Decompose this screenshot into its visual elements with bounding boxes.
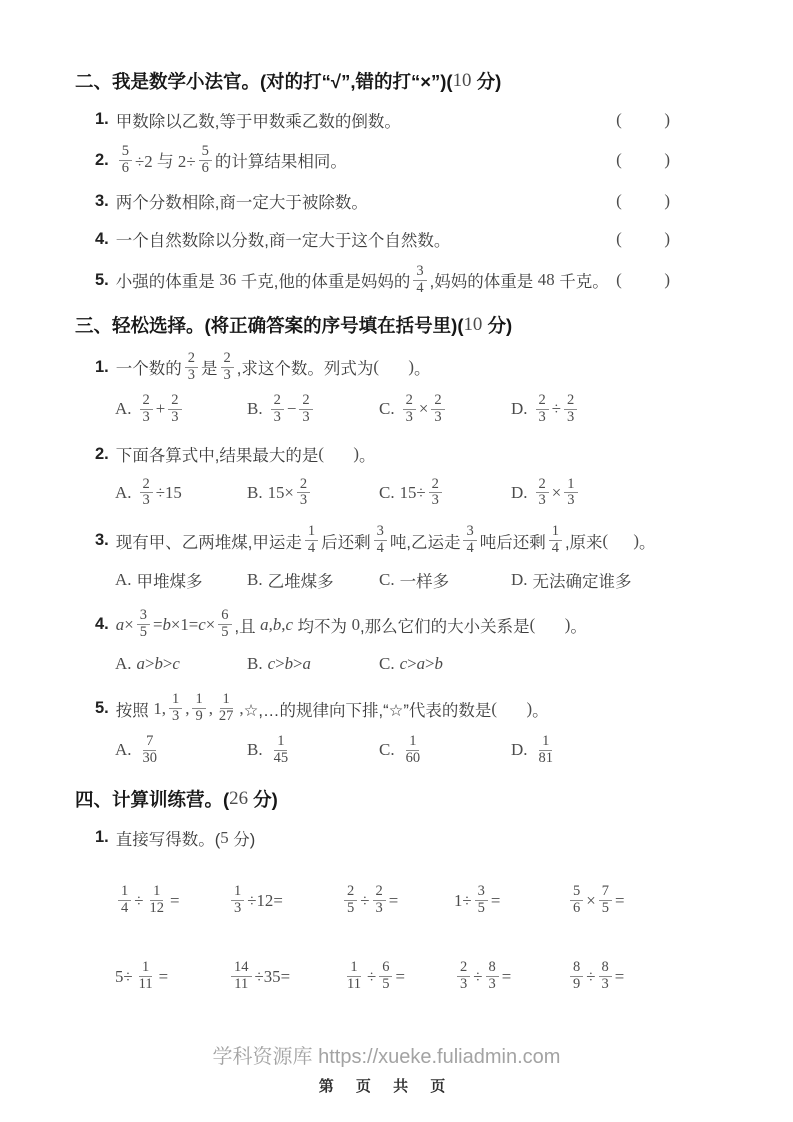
text: 一样多 bbox=[400, 568, 450, 592]
section-true-false: 二、我是数学小法官。(对的打“√”,错的打“×”)(10 分)1.甲数除以乙数,… bbox=[75, 64, 698, 308]
fraction-denominator: 81 bbox=[536, 751, 557, 767]
fraction-denominator: 3 bbox=[564, 410, 577, 426]
option: A.730 bbox=[115, 734, 247, 767]
variable: a bbox=[260, 615, 268, 635]
true-false-question: 4.一个自然数除以分数,商一定大于这个自然数。( ) bbox=[95, 226, 698, 253]
text: 。 bbox=[359, 442, 376, 466]
fraction: 56 bbox=[570, 884, 583, 917]
text: 三、轻松选择。(将正确答案的序号填在括号里)( bbox=[75, 312, 463, 338]
option-label: A. bbox=[115, 740, 132, 760]
math-text: = bbox=[395, 967, 405, 987]
math-text: × bbox=[124, 615, 134, 635]
text: 分) bbox=[229, 826, 256, 850]
variable: c bbox=[198, 615, 205, 635]
option-label: B. bbox=[247, 483, 263, 503]
fraction-numerator: 2 bbox=[299, 393, 312, 410]
fraction: 35 bbox=[137, 608, 150, 641]
calculation-row: 14÷112=13÷12=25÷23=1÷35=56×75= bbox=[75, 876, 698, 926]
fraction: 25 bbox=[344, 884, 357, 917]
fraction-denominator: 3 bbox=[168, 410, 181, 426]
question-body: 5.小强的体重是 36 千克,他的体重是妈妈的34,妈妈的体重是 48 千克。 bbox=[95, 264, 616, 297]
fraction: 181 bbox=[536, 734, 557, 767]
multiple-choice-question: 5.按照 1,13,19,127,☆,…的规律向下排,“☆”代表的数是( )。A… bbox=[75, 692, 698, 767]
text: 二、我是数学小法官。(对的打“√”,错的打“×”)( bbox=[75, 68, 453, 94]
math-text: 26 bbox=[229, 788, 248, 810]
fraction-denominator: 11 bbox=[231, 977, 251, 993]
option: A.23+23 bbox=[115, 393, 247, 426]
calculation-expression: 1÷35= bbox=[454, 884, 567, 917]
math-text: > bbox=[293, 654, 303, 674]
fraction: 23 bbox=[299, 393, 312, 426]
fraction-denominator: 3 bbox=[536, 410, 549, 426]
fraction-numerator: 7 bbox=[143, 734, 156, 751]
math-text: ÷12= bbox=[247, 891, 283, 911]
math-text: ÷ bbox=[552, 399, 561, 419]
text: 一个数的 bbox=[116, 355, 182, 379]
variable: a bbox=[116, 615, 124, 635]
math-text: ÷35= bbox=[255, 967, 291, 987]
question-number: 1. bbox=[95, 110, 109, 129]
math-text: ÷ bbox=[134, 891, 143, 911]
option-label: C. bbox=[379, 570, 395, 590]
math-text: 1, bbox=[153, 699, 166, 719]
page-footer: 学科资源库 https://xueke.fuliadmin.com 第 页 共 … bbox=[75, 1040, 698, 1096]
fraction: 23 bbox=[140, 393, 153, 426]
math-text: > bbox=[145, 654, 155, 674]
fraction-denominator: 11 bbox=[136, 977, 156, 993]
text: 均不为 bbox=[293, 613, 352, 637]
fraction: 83 bbox=[486, 960, 499, 993]
fraction: 23 bbox=[536, 477, 549, 510]
option-label: B. bbox=[247, 570, 263, 590]
options-row: A.甲堆煤多B.乙堆煤多C.一样多D.无法确定谁多 bbox=[75, 566, 698, 593]
question-number: 2. bbox=[95, 445, 109, 464]
math-text: 36 bbox=[219, 270, 236, 290]
option-label: D. bbox=[511, 570, 528, 590]
fraction-denominator: 3 bbox=[429, 493, 442, 509]
fraction-denominator: 4 bbox=[305, 541, 318, 557]
fraction-numerator: 3 bbox=[463, 524, 476, 541]
fraction-numerator: 3 bbox=[413, 264, 426, 281]
option-label: A. bbox=[115, 483, 132, 503]
math-text: 48 bbox=[538, 270, 555, 290]
fraction-denominator: 3 bbox=[403, 410, 416, 426]
fraction-numerator: 1 bbox=[150, 884, 163, 901]
question-line: 3.现有甲、乙两堆煤,甲运走14后还剩34吨,乙运走34吨后还剩14,原来( )… bbox=[95, 524, 698, 557]
fraction-denominator: 3 bbox=[299, 410, 312, 426]
text: 的计算结果相同。 bbox=[215, 148, 347, 172]
fraction-denominator: 3 bbox=[140, 410, 153, 426]
question-number: 4. bbox=[95, 615, 109, 634]
calculation-expression: 56×75= bbox=[567, 884, 625, 917]
fraction: 34 bbox=[413, 264, 426, 297]
fraction-numerator: 3 bbox=[475, 884, 488, 901]
math-text: 15× bbox=[268, 483, 294, 503]
option-label: C. bbox=[379, 740, 395, 760]
fraction-numerator: 8 bbox=[570, 960, 583, 977]
fraction: 1411 bbox=[231, 960, 252, 993]
fraction: 730 bbox=[140, 734, 161, 767]
question-body: 3.两个分数相除,商一定大于被除数。 bbox=[95, 189, 616, 213]
question-number: 2. bbox=[95, 151, 109, 170]
fraction: 14 bbox=[549, 524, 562, 557]
fraction-numerator: 5 bbox=[570, 884, 583, 901]
option: D.无法确定谁多 bbox=[511, 568, 632, 592]
fraction-numerator: 2 bbox=[168, 393, 181, 410]
text: 千克。 bbox=[555, 268, 609, 292]
fraction-numerator: 2 bbox=[403, 393, 416, 410]
option: A.a>b>c bbox=[115, 654, 247, 674]
option: B.乙堆煤多 bbox=[247, 568, 379, 592]
fraction: 23 bbox=[168, 393, 181, 426]
math-text: 1÷ bbox=[454, 891, 472, 911]
fraction-denominator: 3 bbox=[599, 977, 612, 993]
option-label: D. bbox=[511, 740, 528, 760]
fraction-numerator: 1 bbox=[220, 692, 233, 709]
question-number: 3. bbox=[95, 192, 109, 211]
fraction-denominator: 45 bbox=[271, 751, 292, 767]
fraction: 34 bbox=[463, 524, 476, 557]
fraction-denominator: 3 bbox=[564, 493, 577, 509]
text: 后还剩 bbox=[321, 529, 371, 553]
fraction-denominator: 4 bbox=[463, 541, 476, 557]
text: 甲堆煤多 bbox=[137, 568, 203, 592]
option-label: A. bbox=[115, 399, 132, 419]
fraction-denominator: 3 bbox=[231, 901, 244, 917]
math-text: 5 bbox=[220, 828, 228, 848]
fraction-numerator: 1 bbox=[549, 524, 562, 541]
option: C.15÷23 bbox=[379, 477, 511, 510]
text: 无法确定谁多 bbox=[533, 568, 632, 592]
math-text: = bbox=[153, 615, 163, 635]
answer-bracket: ( ) bbox=[616, 229, 670, 249]
fraction: 160 bbox=[403, 734, 424, 767]
fraction-numerator: 2 bbox=[344, 884, 357, 901]
fraction: 127 bbox=[216, 692, 237, 725]
question-number: 4. bbox=[95, 230, 109, 249]
calculation-expression: 14÷112= bbox=[115, 884, 228, 917]
options-row: A.a>b>cB.c>b>aC.c>a>b bbox=[75, 650, 698, 677]
fraction: 14 bbox=[305, 524, 318, 557]
math-text: = bbox=[159, 967, 169, 987]
subsection-line: 1.直接写得数。(5 分) bbox=[95, 826, 698, 850]
fraction-numerator: 2 bbox=[536, 393, 549, 410]
fraction: 23 bbox=[271, 393, 284, 426]
math-text: 10 bbox=[463, 314, 482, 336]
fraction-denominator: 3 bbox=[169, 709, 182, 725]
fraction: 23 bbox=[564, 393, 577, 426]
fraction-numerator: 1 bbox=[406, 734, 419, 751]
text: 分) bbox=[471, 68, 501, 94]
fraction-numerator: 8 bbox=[599, 960, 612, 977]
fraction-numerator: 14 bbox=[231, 960, 252, 977]
option: D.23×13 bbox=[511, 477, 581, 510]
fraction: 35 bbox=[475, 884, 488, 917]
section-multiple-choice: 三、轻松选择。(将正确答案的序号填在括号里)(10 分)1.一个数的23是23,… bbox=[75, 308, 698, 782]
fraction-numerator: 1 bbox=[231, 884, 244, 901]
fraction-denominator: 5 bbox=[475, 901, 488, 917]
option: D.23÷23 bbox=[511, 393, 580, 426]
math-text: ( ) bbox=[373, 357, 414, 377]
fraction-numerator: 5 bbox=[119, 144, 132, 161]
fraction: 23 bbox=[373, 884, 386, 917]
fraction-denominator: 6 bbox=[570, 901, 583, 917]
math-text: 15÷ bbox=[400, 483, 426, 503]
fraction: 23 bbox=[457, 960, 470, 993]
math-text: + bbox=[156, 399, 166, 419]
question-body: 4.一个自然数除以分数,商一定大于这个自然数。 bbox=[95, 227, 616, 251]
fraction: 14 bbox=[118, 884, 131, 917]
math-text: = bbox=[615, 967, 625, 987]
fraction-denominator: 5 bbox=[379, 977, 392, 993]
variable: a bbox=[303, 654, 311, 674]
option-label: A. bbox=[115, 654, 132, 674]
option: B.23−23 bbox=[247, 393, 379, 426]
fraction: 83 bbox=[599, 960, 612, 993]
calculation-expression: 89÷83= bbox=[567, 960, 624, 993]
fraction-denominator: 3 bbox=[271, 410, 284, 426]
subsection-number: 1. bbox=[95, 828, 109, 847]
fraction-numerator: 1 bbox=[118, 884, 131, 901]
question-line: 1.一个数的23是23,求这个数。列式为( )。 bbox=[95, 351, 698, 384]
fraction-denominator: 9 bbox=[570, 977, 583, 993]
math-text: 5÷ bbox=[115, 967, 133, 987]
fraction: 23 bbox=[536, 393, 549, 426]
fraction-denominator: 3 bbox=[297, 493, 310, 509]
fraction: 65 bbox=[218, 608, 231, 641]
fraction-numerator: 7 bbox=[599, 884, 612, 901]
question-line: 5.按照 1,13,19,127,☆,…的规律向下排,“☆”代表的数是( )。 bbox=[95, 692, 698, 725]
fraction-denominator: 3 bbox=[536, 493, 549, 509]
question-number: 1. bbox=[95, 358, 109, 377]
math-text: ÷ bbox=[473, 967, 482, 987]
fraction-denominator: 4 bbox=[374, 541, 387, 557]
option: B.15×23 bbox=[247, 477, 379, 510]
math-text: ( ) bbox=[318, 444, 359, 464]
calculation-expression: 23÷83= bbox=[454, 960, 567, 993]
calculation-expression: 111÷65= bbox=[341, 960, 454, 993]
fraction-numerator: 2 bbox=[140, 477, 153, 494]
fraction: 23 bbox=[431, 393, 444, 426]
math-text: 0 bbox=[352, 615, 360, 635]
fraction-denominator: 3 bbox=[221, 368, 234, 384]
math-text: = bbox=[502, 967, 512, 987]
question-line: 4.a×35=b×1=c×65,且 a,b,c 均不为 0,那么它们的大小关系是… bbox=[95, 608, 698, 641]
math-text: , bbox=[185, 699, 189, 719]
fraction: 112 bbox=[147, 884, 168, 917]
fraction-denominator: 4 bbox=[549, 541, 562, 557]
option: A.23÷15 bbox=[115, 477, 247, 510]
calculation-expression: 5÷111= bbox=[115, 960, 228, 993]
section-title: 二、我是数学小法官。(对的打“√”,错的打“×”)(10 分) bbox=[75, 68, 698, 94]
text: 下面各算式中,结果最大的是 bbox=[116, 442, 319, 466]
true-false-question: 5.小强的体重是 36 千克,他的体重是妈妈的34,妈妈的体重是 48 千克。(… bbox=[95, 264, 698, 297]
text: 。 bbox=[414, 355, 431, 379]
text: 现有甲、乙两堆煤,甲运走 bbox=[116, 529, 302, 553]
true-false-question: 2.56÷2 与 2÷56的计算结果相同。( ) bbox=[95, 144, 698, 177]
calculation-expression: 13÷12= bbox=[228, 884, 341, 917]
multiple-choice-question: 4.a×35=b×1=c×65,且 a,b,c 均不为 0,那么它们的大小关系是… bbox=[75, 608, 698, 677]
fraction-numerator: 1 bbox=[564, 477, 577, 494]
fraction-numerator: 2 bbox=[431, 393, 444, 410]
answer-bracket: ( ) bbox=[616, 191, 670, 211]
fraction-denominator: 12 bbox=[147, 901, 168, 917]
question-body: 2.56÷2 与 2÷56的计算结果相同。 bbox=[95, 144, 616, 177]
variable: a bbox=[137, 654, 145, 674]
variable: c bbox=[285, 615, 292, 635]
fraction-denominator: 4 bbox=[413, 281, 426, 297]
option: C.一样多 bbox=[379, 568, 511, 592]
text: 分) bbox=[248, 786, 278, 812]
text: 按照 bbox=[116, 697, 154, 721]
text: 吨,乙运走 bbox=[390, 529, 461, 553]
option-label: C. bbox=[379, 483, 395, 503]
fraction: 56 bbox=[119, 144, 132, 177]
answer-bracket: ( ) bbox=[616, 150, 670, 170]
math-text: ÷ bbox=[586, 967, 595, 987]
calculation-expression: 1411÷35= bbox=[228, 960, 341, 993]
fraction-denominator: 60 bbox=[403, 751, 424, 767]
fraction: 13 bbox=[169, 692, 182, 725]
question-body: 1.甲数除以乙数,等于甲数乘乙数的倒数。 bbox=[95, 108, 616, 132]
fraction-numerator: 2 bbox=[221, 351, 234, 368]
option-label: C. bbox=[379, 399, 395, 419]
fraction-denominator: 3 bbox=[457, 977, 470, 993]
fraction: 145 bbox=[271, 734, 292, 767]
fraction-numerator: 2 bbox=[457, 960, 470, 977]
fraction: 23 bbox=[221, 351, 234, 384]
fraction-denominator: 3 bbox=[431, 410, 444, 426]
math-text: = bbox=[491, 891, 501, 911]
fraction-numerator: 2 bbox=[297, 477, 310, 494]
math-text: × bbox=[552, 483, 562, 503]
fraction-denominator: 3 bbox=[185, 368, 198, 384]
math-text: > bbox=[163, 654, 173, 674]
math-text: > bbox=[425, 654, 435, 674]
text: 四、计算训练营。( bbox=[75, 786, 229, 812]
option: C.c>a>b bbox=[379, 654, 443, 674]
text: ,求这个数。列式为 bbox=[237, 355, 374, 379]
variable: b bbox=[154, 654, 162, 674]
math-text: > bbox=[275, 654, 285, 674]
fraction-numerator: 8 bbox=[486, 960, 499, 977]
variable: b bbox=[285, 654, 293, 674]
fraction-numerator: 2 bbox=[429, 477, 442, 494]
fraction-numerator: 5 bbox=[199, 144, 212, 161]
text: 千克,他的体重是妈妈的 bbox=[236, 268, 410, 292]
text: 。 bbox=[532, 697, 549, 721]
option-label: C. bbox=[379, 654, 395, 674]
fraction-denominator: 11 bbox=[344, 977, 364, 993]
variable: c bbox=[172, 654, 179, 674]
text: 两个分数相除,商一定大于被除数。 bbox=[116, 189, 368, 213]
fraction-numerator: 1 bbox=[139, 960, 152, 977]
true-false-question: 3.两个分数相除,商一定大于被除数。( ) bbox=[95, 188, 698, 215]
options-row: A.23+23B.23−23C.23×23D.23÷23 bbox=[75, 393, 698, 426]
math-text: ÷ bbox=[367, 967, 376, 987]
math-text: ÷2 与 2÷ bbox=[135, 148, 196, 172]
text: 直接写得数。( bbox=[116, 826, 221, 850]
variable: c bbox=[268, 654, 275, 674]
variable: a bbox=[417, 654, 425, 674]
text: 甲数除以乙数,等于甲数乘乙数的倒数。 bbox=[116, 108, 401, 132]
variable: b bbox=[435, 654, 443, 674]
fraction-numerator: 1 bbox=[192, 692, 205, 709]
option: B.145 bbox=[247, 734, 379, 767]
fraction: 23 bbox=[429, 477, 442, 510]
text: 乙堆煤多 bbox=[268, 568, 334, 592]
fraction: 23 bbox=[297, 477, 310, 510]
fraction: 34 bbox=[374, 524, 387, 557]
fraction: 23 bbox=[403, 393, 416, 426]
math-text: × bbox=[586, 891, 596, 911]
option-label: D. bbox=[511, 483, 528, 503]
true-false-question: 1.甲数除以乙数,等于甲数乘乙数的倒数。( ) bbox=[95, 106, 698, 133]
fraction: 13 bbox=[564, 477, 577, 510]
math-text: = bbox=[389, 891, 399, 911]
text: ,原来 bbox=[565, 529, 603, 553]
text: 小强的体重是 bbox=[116, 268, 220, 292]
fraction: 56 bbox=[199, 144, 212, 177]
answer-bracket: ( ) bbox=[616, 270, 670, 290]
fraction-numerator: 3 bbox=[374, 524, 387, 541]
fraction-denominator: 3 bbox=[373, 901, 386, 917]
math-text: > bbox=[407, 654, 417, 674]
fraction-denominator: 27 bbox=[216, 709, 237, 725]
fraction-denominator: 3 bbox=[486, 977, 499, 993]
fraction-denominator: 30 bbox=[140, 751, 161, 767]
option-label: B. bbox=[247, 654, 263, 674]
text: 。 bbox=[570, 613, 587, 637]
fraction-denominator: 9 bbox=[192, 709, 205, 725]
fraction-denominator: 6 bbox=[119, 161, 132, 177]
math-text: = bbox=[615, 891, 625, 911]
fraction-numerator: 1 bbox=[274, 734, 287, 751]
math-text: ÷ bbox=[360, 891, 369, 911]
option: B.c>b>a bbox=[247, 654, 379, 674]
math-text: = bbox=[170, 891, 180, 911]
math-text: ÷15 bbox=[156, 483, 182, 503]
fraction: 89 bbox=[570, 960, 583, 993]
fraction-numerator: 1 bbox=[305, 524, 318, 541]
worksheet-page: 二、我是数学小法官。(对的打“√”,错的打“×”)(10 分)1.甲数除以乙数,… bbox=[0, 0, 793, 1122]
section-title: 四、计算训练营。(26 分) bbox=[75, 786, 698, 812]
question-number: 3. bbox=[95, 531, 109, 550]
fraction-numerator: 1 bbox=[169, 692, 182, 709]
section-calculation: 四、计算训练营。(26 分)1.直接写得数。(5 分)14÷112=13÷12=… bbox=[75, 782, 698, 1016]
watermark-text: 学科资源库 https://xueke.fuliadmin.com bbox=[75, 1040, 698, 1069]
text: 分) bbox=[482, 312, 512, 338]
fraction-numerator: 1 bbox=[347, 960, 360, 977]
fraction-numerator: 2 bbox=[564, 393, 577, 410]
fraction-numerator: 2 bbox=[536, 477, 549, 494]
math-text: ( ) bbox=[491, 699, 532, 719]
math-text: × bbox=[419, 399, 429, 419]
option-label: D. bbox=[511, 399, 528, 419]
options-row: A.730B.145C.160D.181 bbox=[75, 734, 698, 767]
fraction-denominator: 4 bbox=[118, 901, 131, 917]
section-title: 三、轻松选择。(将正确答案的序号填在括号里)(10 分) bbox=[75, 312, 698, 338]
fraction-denominator: 5 bbox=[218, 625, 231, 641]
multiple-choice-question: 2.下面各算式中,结果最大的是( )。A.23÷15B.15×23C.15÷23… bbox=[75, 441, 698, 510]
fraction: 75 bbox=[599, 884, 612, 917]
calculation-expression: 25÷23= bbox=[341, 884, 454, 917]
variable: b bbox=[162, 615, 170, 635]
fraction-denominator: 5 bbox=[599, 901, 612, 917]
math-text: ( ) bbox=[530, 615, 571, 635]
question-line: 2.下面各算式中,结果最大的是( )。 bbox=[95, 441, 698, 468]
fraction-denominator: 5 bbox=[137, 625, 150, 641]
